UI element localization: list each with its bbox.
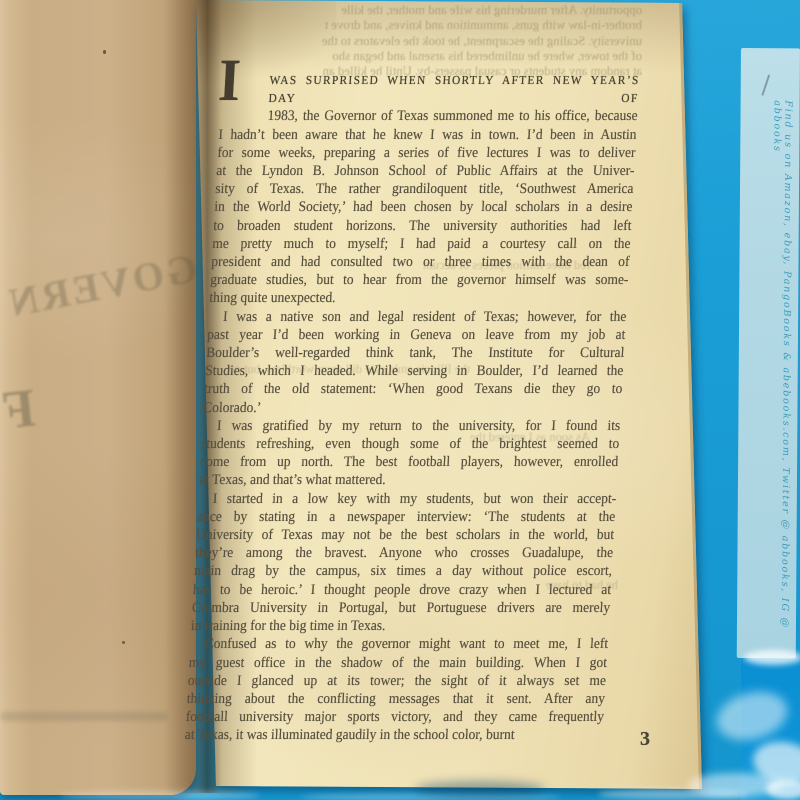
body-text-line: thing quite unexpected. bbox=[209, 289, 628, 307]
body-text-line: graduate studies, but to hear from the g… bbox=[210, 271, 629, 289]
body-text-line: outside I glanced up at its tower; the s… bbox=[187, 672, 606, 690]
body-text-line: Coimbra University in Portugal, but Port… bbox=[191, 599, 610, 617]
pencil-mark bbox=[761, 74, 770, 96]
body-text: I WAS SURPRISED WHEN SHORTLY AFTER NEW Y… bbox=[184, 71, 640, 745]
body-text-line: 1983, the Governor of Texas summoned me … bbox=[219, 107, 638, 125]
body-text-line: has to be heroic.’ I thought people drov… bbox=[192, 581, 611, 599]
body-text-line: students refreshing, even though some of… bbox=[201, 435, 620, 453]
body-text-line: Boulder’s well-regarded think tank, The … bbox=[206, 344, 625, 362]
body-text-line: ance by stating in a newspaper interview… bbox=[197, 508, 616, 526]
body-text-line: come from up north. The best football pl… bbox=[200, 453, 619, 471]
showthrough-line: of the tower, where he unlimbered his ar… bbox=[238, 49, 642, 64]
page-number: 3 bbox=[640, 728, 650, 751]
body-text-line: at Texas, it was illuminated gaudily in … bbox=[184, 726, 603, 744]
body-text-line: past year I’d been working in Geneva on … bbox=[207, 326, 626, 344]
body-text-line: truth of the old statement: ‘When good T… bbox=[204, 380, 623, 398]
body-text-line: sity of Texas. The rather grandiloquent … bbox=[215, 180, 634, 198]
mirrored-letter-showthrough: F bbox=[0, 376, 38, 441]
body-text-line: in training for the big time in Texas. bbox=[190, 617, 609, 635]
paper-speck bbox=[103, 50, 106, 54]
body-text-line: in the World Society,’ had been chosen b… bbox=[214, 198, 633, 216]
seller-watermark-text: Find us on Amazon, ebay, PangoBooks & ab… bbox=[768, 100, 794, 658]
body-text-line: University of Texas may not be the best … bbox=[196, 526, 615, 544]
body-text-line: WAS SURPRISED WHEN SHORTLY AFTER NEW YEA… bbox=[220, 71, 640, 107]
body-text-line: to broaden student horizons. The univers… bbox=[213, 217, 632, 235]
paper-speck bbox=[122, 641, 125, 644]
body-text-line: I started in a low key with my students,… bbox=[198, 490, 617, 508]
body-text-line: I hadn’t been aware that he knew I was i… bbox=[218, 126, 637, 144]
mirrored-title-showthrough: GOVERN bbox=[0, 240, 220, 330]
showthrough-line: brother-in-law with guns, ammunition and… bbox=[238, 18, 642, 33]
body-text-line: I was gratified by my return to the univ… bbox=[202, 417, 621, 435]
smudge-mark bbox=[0, 712, 168, 721]
body-text-line: president and had consulted two or three… bbox=[211, 253, 630, 271]
left-blank-page: GOVERN F bbox=[0, 0, 196, 795]
showthrough-text-block: opportunity. After murdering his wife an… bbox=[238, 3, 642, 79]
body-text-line: thinking about the conflicting messages … bbox=[186, 690, 605, 708]
body-text-line: football university major sports victory… bbox=[185, 708, 604, 726]
body-text-line: Confused as to why the governor might wa… bbox=[189, 635, 608, 653]
body-text-line: for some weeks, preparing a series of fi… bbox=[217, 144, 636, 162]
body-text-line: I was a native son and legal resident of… bbox=[208, 308, 627, 326]
body-text-line: main drag by the campus, six times a day… bbox=[194, 562, 613, 580]
body-text-line: my guest office in the shadow of the mai… bbox=[188, 654, 607, 672]
showthrough-line: opportunity. After murdering his wife an… bbox=[238, 3, 642, 18]
body-text-line: Colorado.’ bbox=[203, 399, 622, 417]
seller-sticker-strip: Find us on Amazon, ebay, PangoBooks & ab… bbox=[737, 48, 800, 658]
showthrough-line: university. Scaling the escarpment, he t… bbox=[238, 34, 642, 49]
body-text-line: Studies, which I headed. While serving i… bbox=[205, 362, 624, 380]
body-text-line: at the Lyndon B. Johnson School of Publi… bbox=[216, 162, 635, 180]
body-text-line: at Texas, and that’s what mattered. bbox=[199, 471, 618, 489]
body-text-line: me pretty much to myself; I had paid a c… bbox=[212, 235, 631, 253]
table-background-right-band bbox=[741, 655, 800, 800]
book-photo-scene: Find us on Amazon, ebay, PangoBooks & ab… bbox=[0, 0, 800, 800]
body-text-line: they’re among the bravest. Anyone who cr… bbox=[195, 544, 614, 562]
